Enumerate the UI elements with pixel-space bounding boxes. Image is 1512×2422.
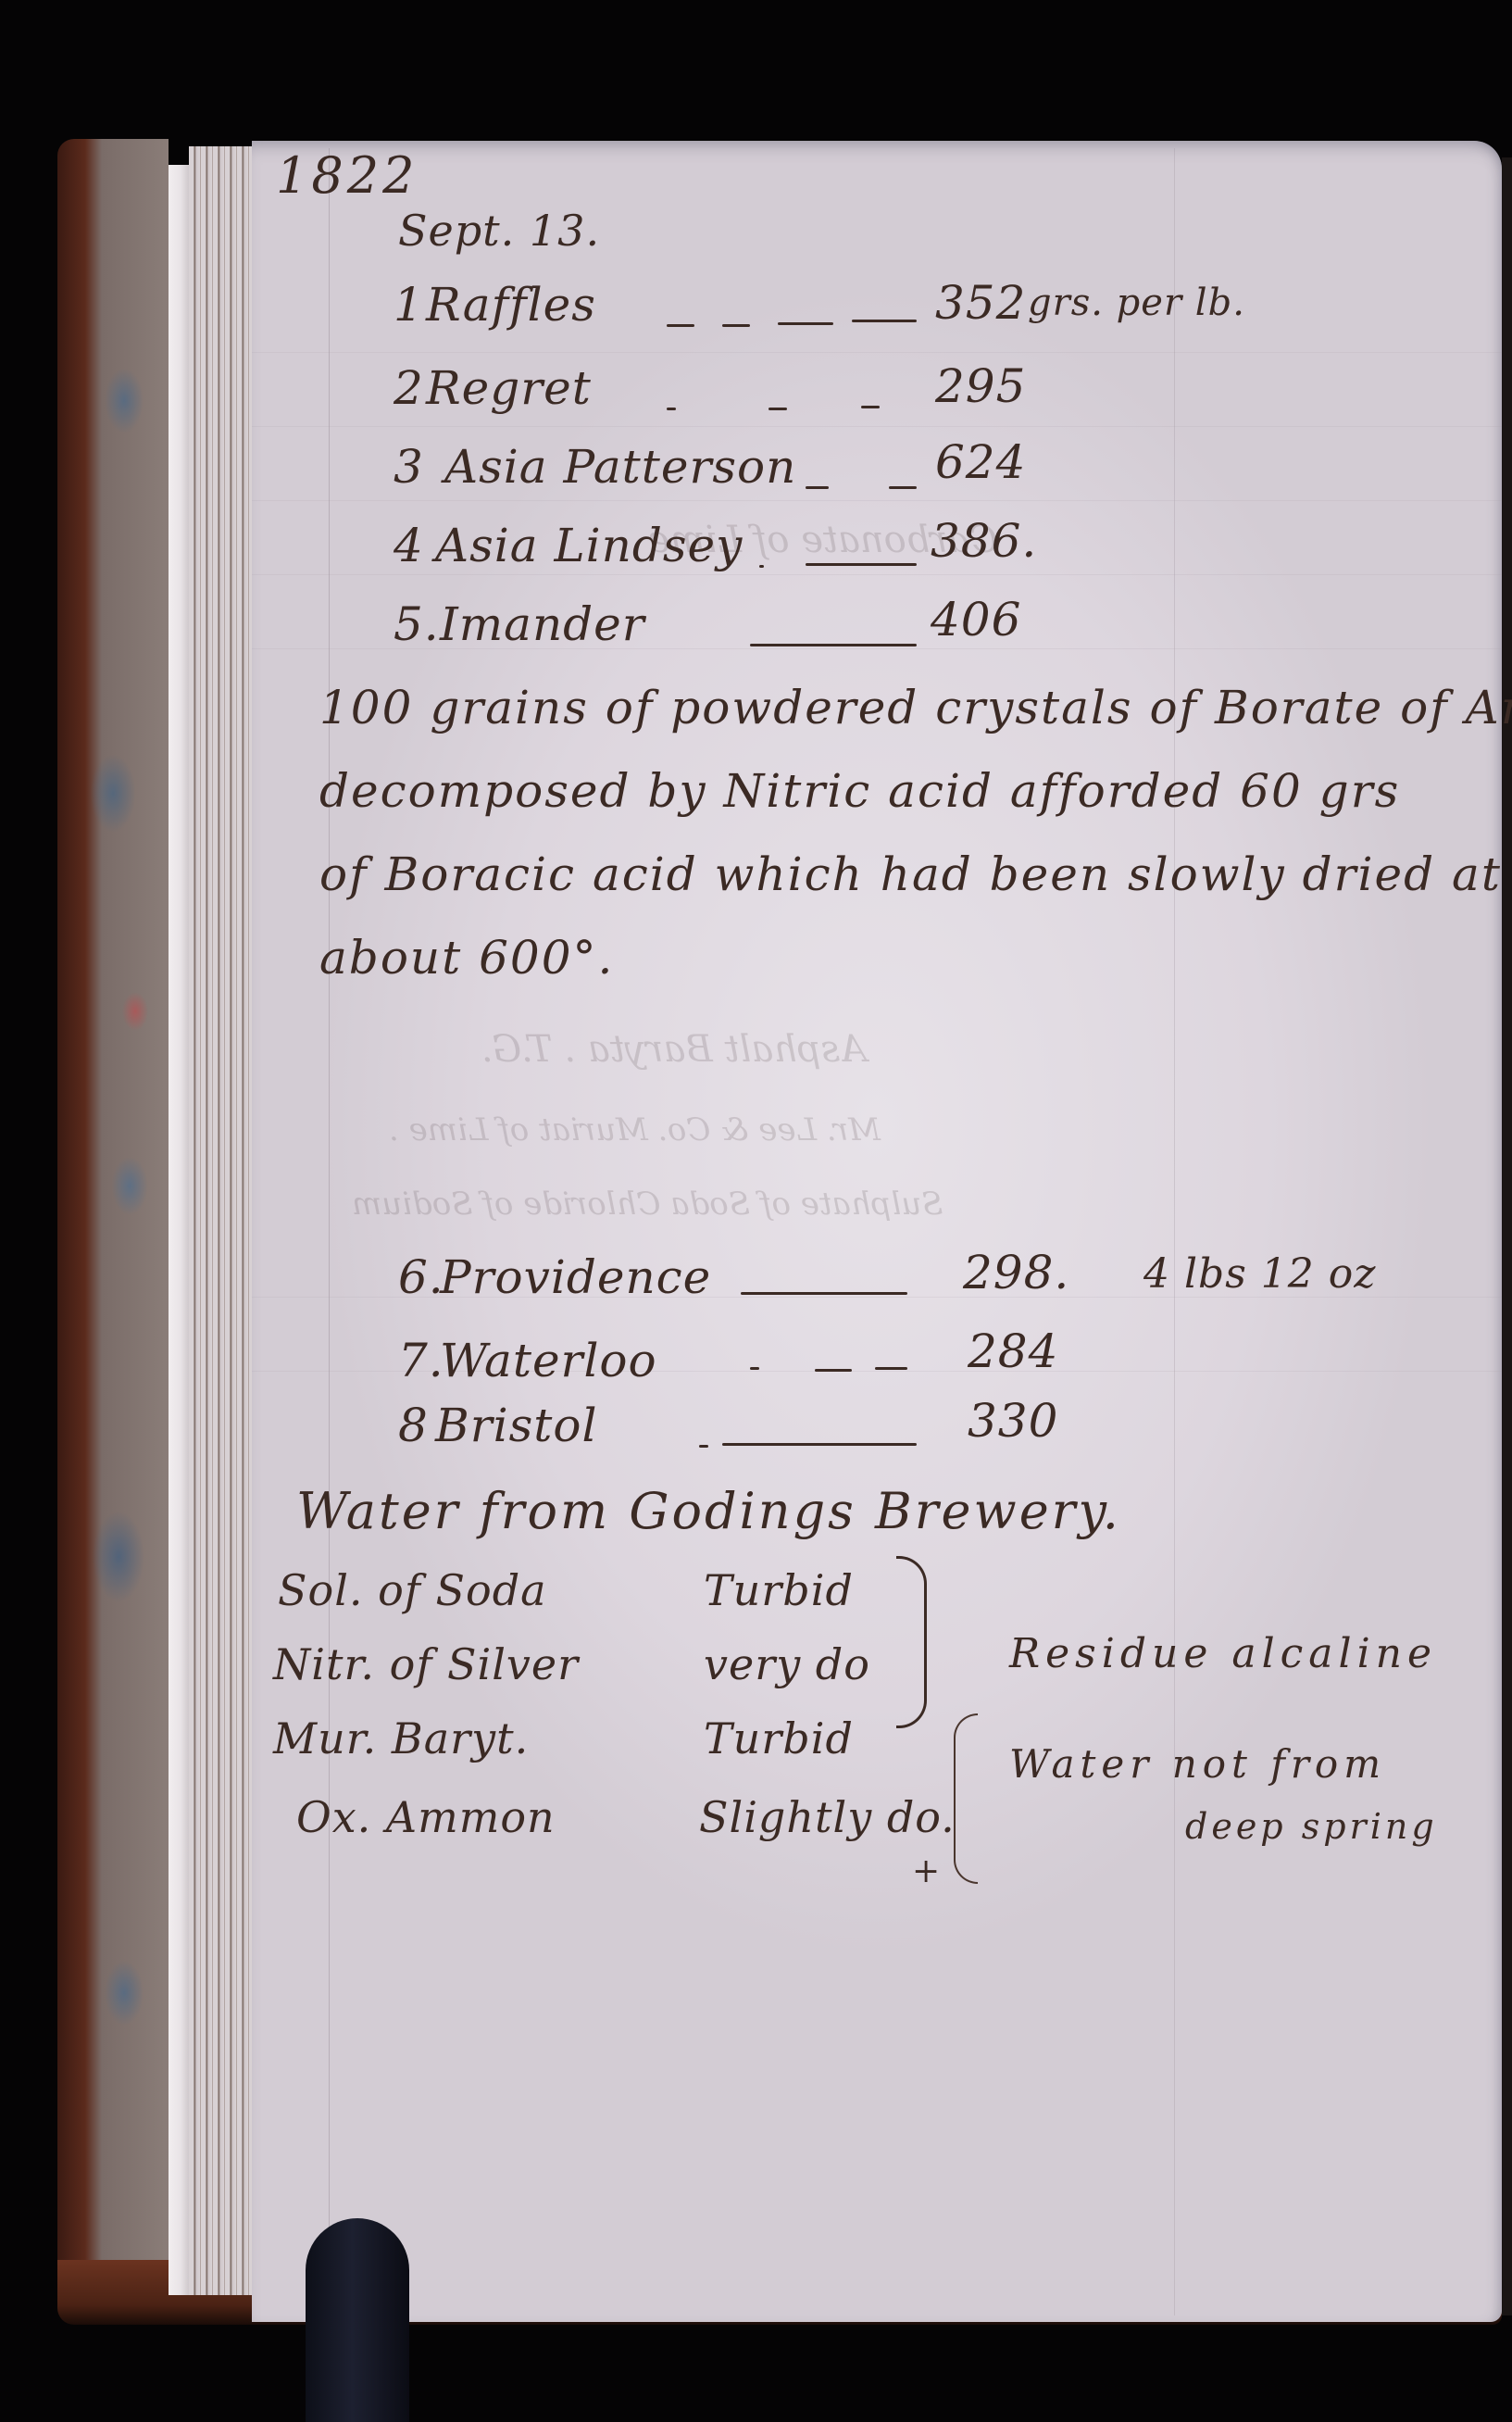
sample-name: Providence bbox=[440, 1250, 711, 1304]
leader-dash bbox=[750, 644, 917, 646]
test-result: Turbid bbox=[704, 1713, 854, 1763]
curly-brace-mark bbox=[954, 1713, 978, 1884]
sample-value: 386. bbox=[931, 514, 1037, 568]
test-reagent: Mur. Baryt. bbox=[273, 1713, 529, 1763]
sample-value: 284 bbox=[968, 1324, 1058, 1378]
sample-name: Bristol bbox=[435, 1399, 597, 1452]
sample-number: 2 bbox=[394, 361, 424, 415]
water-heading: Water from Godings Brewery. bbox=[296, 1482, 1121, 1540]
leader-dash bbox=[861, 406, 880, 408]
leader-dash bbox=[806, 486, 829, 489]
test-reagent: Nitr. of Silver bbox=[273, 1639, 579, 1689]
book-cover-marbled bbox=[57, 139, 169, 2320]
residue-note: Residue alcaline bbox=[1009, 1630, 1437, 1677]
year-heading: 1822 bbox=[276, 146, 418, 205]
sample-number: 5. bbox=[394, 597, 440, 651]
sample-value: 406 bbox=[931, 593, 1021, 646]
bracket-mark bbox=[896, 1556, 927, 1728]
flyleaf-edge bbox=[169, 165, 189, 2295]
leader-dash bbox=[699, 1445, 708, 1448]
ruled-line bbox=[252, 352, 1502, 353]
water-note-line1: Water not from bbox=[1009, 1741, 1386, 1787]
sample-number: 3 bbox=[394, 440, 424, 494]
test-reagent: Ox. Ammon bbox=[296, 1792, 556, 1842]
sample-unit: grs. per lb. bbox=[1028, 282, 1245, 324]
ruled-line bbox=[252, 426, 1502, 427]
next-page-edge bbox=[1502, 157, 1512, 2315]
leader-dash bbox=[722, 1443, 917, 1446]
cross-mark: + bbox=[912, 1852, 941, 1890]
sample-value: 295 bbox=[935, 359, 1026, 413]
leader-dash bbox=[778, 322, 833, 325]
margin-rule bbox=[329, 148, 330, 2315]
sample-value: 298. bbox=[963, 1246, 1069, 1299]
leader-dash bbox=[741, 1292, 907, 1295]
sample-number: 8 bbox=[398, 1399, 429, 1452]
leader-dash bbox=[815, 1369, 852, 1372]
sample-name: Imander bbox=[440, 597, 645, 651]
test-result: Turbid bbox=[704, 1565, 854, 1615]
leader-dash bbox=[875, 1367, 907, 1370]
column-rule bbox=[1174, 148, 1175, 2315]
test-result: Slightly do. bbox=[699, 1792, 956, 1842]
sample-name: Waterloo bbox=[440, 1334, 657, 1387]
ruled-line bbox=[252, 574, 1502, 575]
bleed-through-text: Asphalt Baryta . T.G. bbox=[481, 1028, 867, 1071]
page-stack-edges bbox=[189, 146, 254, 2295]
entry-date: Sept. 13. bbox=[398, 206, 600, 256]
leader-dash bbox=[759, 565, 764, 568]
paragraph-line: decomposed by Nitric acid afforded 60 gr… bbox=[319, 764, 1400, 818]
sample-name: Asia Lindsey bbox=[435, 519, 743, 572]
leader-dash bbox=[768, 408, 787, 410]
sample-value: 330 bbox=[968, 1394, 1058, 1448]
sample-value: 352 bbox=[935, 276, 1026, 330]
ruled-line bbox=[252, 500, 1502, 501]
bleed-through-text: Mr. Lee & Co. Muriat of Lime . bbox=[389, 1111, 881, 1148]
paragraph-line: of Boracic acid which had been slowly dr… bbox=[319, 847, 1502, 901]
sample-name: Regret bbox=[426, 361, 592, 415]
paragraph-line: 100 grains of powdered crystals of Borat… bbox=[319, 681, 1512, 734]
sample-number: 1 bbox=[394, 278, 424, 332]
sample-value: 624 bbox=[935, 435, 1026, 489]
sample-name: Raffles bbox=[426, 278, 596, 332]
page-holder-weight bbox=[306, 2218, 409, 2422]
leader-dash bbox=[722, 324, 750, 327]
test-result: very do bbox=[704, 1639, 870, 1689]
sample-number: 6. bbox=[398, 1250, 444, 1304]
leader-dash bbox=[667, 408, 676, 410]
sample-note: 4 lbs 12 oz bbox=[1143, 1250, 1376, 1298]
leader-dash bbox=[667, 324, 694, 327]
bleed-through-text: Sulphate of Soda Chloride of Sodium bbox=[352, 1186, 943, 1223]
sample-number: 4 bbox=[394, 519, 424, 572]
paragraph-line: about 600°. bbox=[319, 931, 614, 985]
manuscript-page bbox=[252, 141, 1502, 2322]
test-reagent: Sol. of Soda bbox=[278, 1565, 547, 1615]
leader-dash bbox=[889, 486, 917, 489]
leader-dash bbox=[806, 563, 917, 566]
sample-number: 7. bbox=[398, 1334, 444, 1387]
water-note-line2: deep spring bbox=[1185, 1806, 1438, 1847]
leader-dash bbox=[852, 320, 917, 322]
sample-name: Asia Patterson bbox=[444, 440, 796, 494]
leader-dash bbox=[750, 1367, 759, 1370]
